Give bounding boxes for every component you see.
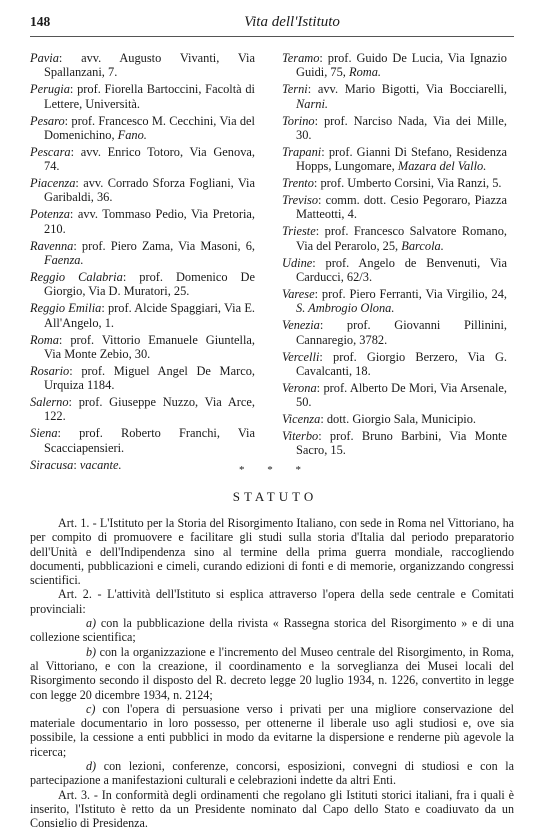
- list-item: Viterbo: prof. Bruno Barbini, Via Monte …: [282, 429, 507, 458]
- page-header: 148 Vita dell'Istituto: [30, 14, 514, 37]
- list-item: Torino: prof. Narciso Nada, Via dei Mill…: [282, 114, 507, 143]
- list-item: Siena: prof. Roberto Franchi, Via Scacci…: [30, 426, 255, 455]
- list-item: Verona: prof. Alberto De Mori, Via Arsen…: [282, 381, 507, 410]
- article-3: Art. 3. - In conformità degli ordinament…: [30, 788, 514, 827]
- article-2-item-c: c) con l'opera di persuasione verso i pr…: [30, 702, 514, 759]
- article-2-item-b: b) con la organizzazione e l'incremento …: [30, 645, 514, 702]
- left-column: Pavia: avv. Augusto Vivanti, Via Spallan…: [30, 51, 255, 475]
- list-item: Trieste: prof. Francesco Salvatore Roman…: [282, 224, 507, 253]
- list-item: Rosario: prof. Miguel Angel De Marco, Ur…: [30, 364, 255, 393]
- list-item: Reggio Calabria: prof. Domenico De Giorg…: [30, 270, 255, 299]
- right-column: Teramo: prof. Guido De Lucia, Via Ignazi…: [282, 51, 507, 460]
- list-item: Venezia: prof. Giovanni Pillinini, Canna…: [282, 318, 507, 347]
- list-item: Roma: prof. Vittorio Emanuele Giuntella,…: [30, 333, 255, 362]
- section-title: STATUTO: [0, 489, 550, 505]
- article-1: Art. 1. - L'Istituto per la Storia del R…: [30, 516, 514, 587]
- list-item: Piacenza: avv. Corrado Sforza Fogliani, …: [30, 176, 255, 205]
- statute-text: Art. 1. - L'Istituto per la Storia del R…: [30, 516, 514, 827]
- list-item: Trapani: prof. Gianni Di Stefano, Reside…: [282, 145, 507, 174]
- list-item: Salerno: prof. Giuseppe Nuzzo, Via Arce,…: [30, 395, 255, 424]
- article-2-item-a: a) con la pubblicazione della rivista « …: [30, 616, 514, 645]
- list-item: Ravenna: prof. Piero Zama, Via Masoni, 6…: [30, 239, 255, 268]
- list-item: Reggio Emilia: prof. Alcide Spaggiari, V…: [30, 301, 255, 330]
- list-item: Pavia: avv. Augusto Vivanti, Via Spallan…: [30, 51, 255, 80]
- list-item: Potenza: avv. Tommaso Pedio, Via Pretori…: [30, 207, 255, 236]
- list-item: Perugia: prof. Fiorella Bartoccini, Faco…: [30, 82, 255, 111]
- list-item: Terni: avv. Mario Bigotti, Via Bocciarel…: [282, 82, 507, 111]
- list-item: Pesaro: prof. Francesco M. Cecchini, Via…: [30, 114, 255, 143]
- article-2-intro: Art. 2. - L'attività dell'Istituto si es…: [30, 587, 514, 616]
- list-item: Teramo: prof. Guido De Lucia, Via Ignazi…: [282, 51, 507, 80]
- list-item: Trento: prof. Umberto Corsini, Via Ranzi…: [282, 176, 507, 190]
- list-item: Udine: prof. Angelo de Benvenuti, Via Ca…: [282, 256, 507, 285]
- list-item: Vercelli: prof. Giorgio Berzero, Via G. …: [282, 350, 507, 379]
- article-2-item-d: d) con lezioni, conferenze, concorsi, es…: [30, 759, 514, 788]
- list-item: Vicenza: dott. Giorgio Sala, Municipio.: [282, 412, 507, 426]
- list-item: Treviso: comm. dott. Cesio Pegoraro, Pia…: [282, 193, 507, 222]
- section-separator: * * *: [0, 464, 550, 476]
- list-item: Varese: prof. Piero Ferranti, Via Virgil…: [282, 287, 507, 316]
- running-title: Vita dell'Istituto: [30, 14, 514, 31]
- list-item: Pescara: avv. Enrico Totoro, Via Genova,…: [30, 145, 255, 174]
